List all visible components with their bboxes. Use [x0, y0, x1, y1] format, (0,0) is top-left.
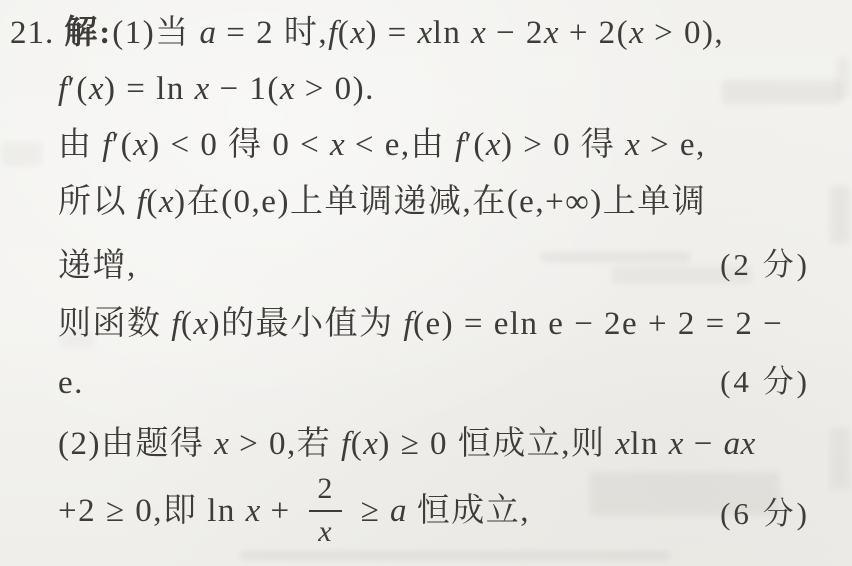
text-segment: ) < 0 得 0 < — [148, 127, 330, 163]
bleed-through-smudge — [830, 428, 850, 490]
text-segment: > 0), — [644, 15, 724, 51]
line-text: e. — [58, 365, 84, 401]
bleed-through-smudge — [612, 266, 752, 284]
text-segment: 由 — [58, 127, 102, 163]
text-segment: +2 ≥ 0,即 ln — [58, 493, 246, 529]
line-text: +2 ≥ 0,即 ln x + 2x ≥ a 恒成立, — [58, 493, 530, 529]
text-segment: ln — [630, 426, 668, 462]
text-segment: − — [684, 426, 724, 462]
text-segment: x — [418, 15, 433, 51]
problem-number: 21. — [10, 15, 54, 51]
solution-line-4: 所以 f(x)在(0,e)上单调递减,在(e,+∞)上单调 — [58, 181, 810, 223]
solution-line-3: 由 f′(x) < 0 得 0 < x < e,由 f′(x) > 0 得 x … — [58, 124, 810, 166]
line-text: f′(x) = ln x − 1(x > 0). — [58, 71, 375, 107]
text-segment: x — [615, 426, 630, 462]
text-segment: x — [214, 426, 229, 462]
text-segment: x — [486, 127, 501, 163]
text-segment: 恒成立, — [407, 493, 530, 529]
text-segment: > 0,若 — [229, 426, 341, 462]
bleed-through-smudge — [590, 472, 780, 516]
text-segment: e. — [58, 365, 84, 401]
text-segment: ) = ln — [104, 71, 195, 107]
solution-line-1: 21.解:(1)当 a = 2 时,f(x) = xln x − 2x + 2(… — [10, 12, 810, 54]
text-segment: − 2 — [486, 15, 544, 51]
text-segment: x — [280, 71, 295, 107]
line-text: 则函数 f(x)的最小值为 f(e) = eln e − 2e + 2 = 2 … — [58, 306, 783, 342]
text-segment: ln — [433, 15, 471, 51]
text-segment: ) ≥ 0 恒成立,则 — [378, 426, 615, 462]
text-segment: f — [171, 306, 181, 342]
solution-line-7: e.(4 分) — [58, 362, 810, 404]
text-segment: x — [363, 426, 378, 462]
text-segment: ) = — [365, 15, 417, 51]
text-segment: x — [669, 426, 684, 462]
fraction-numerator: 2 — [308, 474, 343, 510]
text-segment: x — [544, 15, 559, 51]
text-segment: f — [328, 15, 338, 51]
text-segment: x — [133, 127, 148, 163]
text-segment: f — [403, 306, 413, 342]
text-segment: f — [58, 71, 68, 107]
text-segment: + 2( — [559, 15, 629, 51]
score-mark: (4 分) — [720, 362, 810, 402]
bleed-through-smudge — [240, 551, 670, 560]
bleed-through-smudge — [540, 252, 690, 262]
text-segment: x — [159, 184, 174, 220]
line-text: 由 f′(x) < 0 得 0 < x < e,由 f′(x) > 0 得 x … — [58, 127, 706, 163]
text-segment: ( — [338, 15, 351, 51]
text-segment: > e, — [640, 127, 706, 163]
text-segment: x — [471, 15, 486, 51]
line-text: 所以 f(x)在(0,e)上单调递减,在(e,+∞)上单调 — [58, 184, 706, 220]
line-text: (2)由题得 x > 0,若 f(x) ≥ 0 恒成立,则 xln x − ax — [58, 426, 756, 462]
text-segment: a — [199, 15, 216, 51]
fraction-denominator: x — [309, 510, 342, 548]
text-segment: x — [625, 127, 640, 163]
solution-line-2: f′(x) = ln x − 1(x > 0). — [58, 68, 810, 110]
text-segment: ′( — [68, 71, 89, 107]
text-segment: + — [261, 493, 301, 529]
text-segment: x — [246, 493, 261, 529]
text-segment: ≥ — [351, 493, 390, 529]
text-segment: 递增, — [58, 248, 137, 284]
text-segment: f — [102, 127, 112, 163]
text-segment: 解: — [64, 15, 112, 51]
text-segment: f — [137, 184, 147, 220]
text-segment: x — [330, 127, 345, 163]
bleed-through-smudge — [60, 330, 94, 348]
line-text: 解:(1)当 a = 2 时,f(x) = xln x − 2x + 2(x >… — [64, 15, 724, 51]
text-segment: ) > 0 得 — [501, 127, 625, 163]
text-segment: x — [193, 306, 208, 342]
text-segment: ( — [181, 306, 194, 342]
text-segment: ( — [351, 426, 364, 462]
bleed-through-smudge — [2, 142, 42, 166]
text-segment: x — [629, 15, 644, 51]
line-text: 递增, — [58, 248, 137, 284]
solution-line-6: 则函数 f(x)的最小值为 f(e) = eln e − 2e + 2 = 2 … — [58, 303, 810, 345]
solution-line-8: (2)由题得 x > 0,若 f(x) ≥ 0 恒成立,则 xln x − ax — [58, 423, 810, 465]
text-segment: f — [455, 127, 465, 163]
bleed-through-smudge — [836, 58, 850, 98]
text-segment: (1)当 — [112, 15, 199, 51]
fraction: 2x — [308, 474, 343, 548]
text-segment: (e) = eln e − 2e + 2 = 2 − — [413, 306, 783, 342]
bleed-through-smudge — [830, 186, 850, 244]
text-segment: 所以 — [58, 184, 137, 220]
text-segment: < e,由 — [345, 127, 455, 163]
text-segment: ( — [146, 184, 159, 220]
text-segment: x — [350, 15, 365, 51]
text-segment: ′( — [465, 127, 486, 163]
text-segment: > 0). — [295, 71, 375, 107]
text-segment: x — [89, 71, 104, 107]
text-segment: f — [341, 426, 351, 462]
text-segment: (2)由题得 — [58, 426, 214, 462]
text-segment: x — [195, 71, 210, 107]
text-segment: a — [390, 493, 407, 529]
text-segment: − 1( — [210, 71, 280, 107]
text-segment: ax — [724, 426, 756, 462]
text-segment: ′( — [112, 127, 133, 163]
bleed-through-smudge — [722, 80, 842, 104]
text-segment: )在(0,e)上单调递减,在(e,+∞)上单调 — [174, 184, 706, 220]
text-segment: )的最小值为 — [209, 306, 404, 342]
scanned-page: 21.解:(1)当 a = 2 时,f(x) = xln x − 2x + 2(… — [0, 0, 852, 566]
text-segment: = 2 时, — [216, 15, 328, 51]
